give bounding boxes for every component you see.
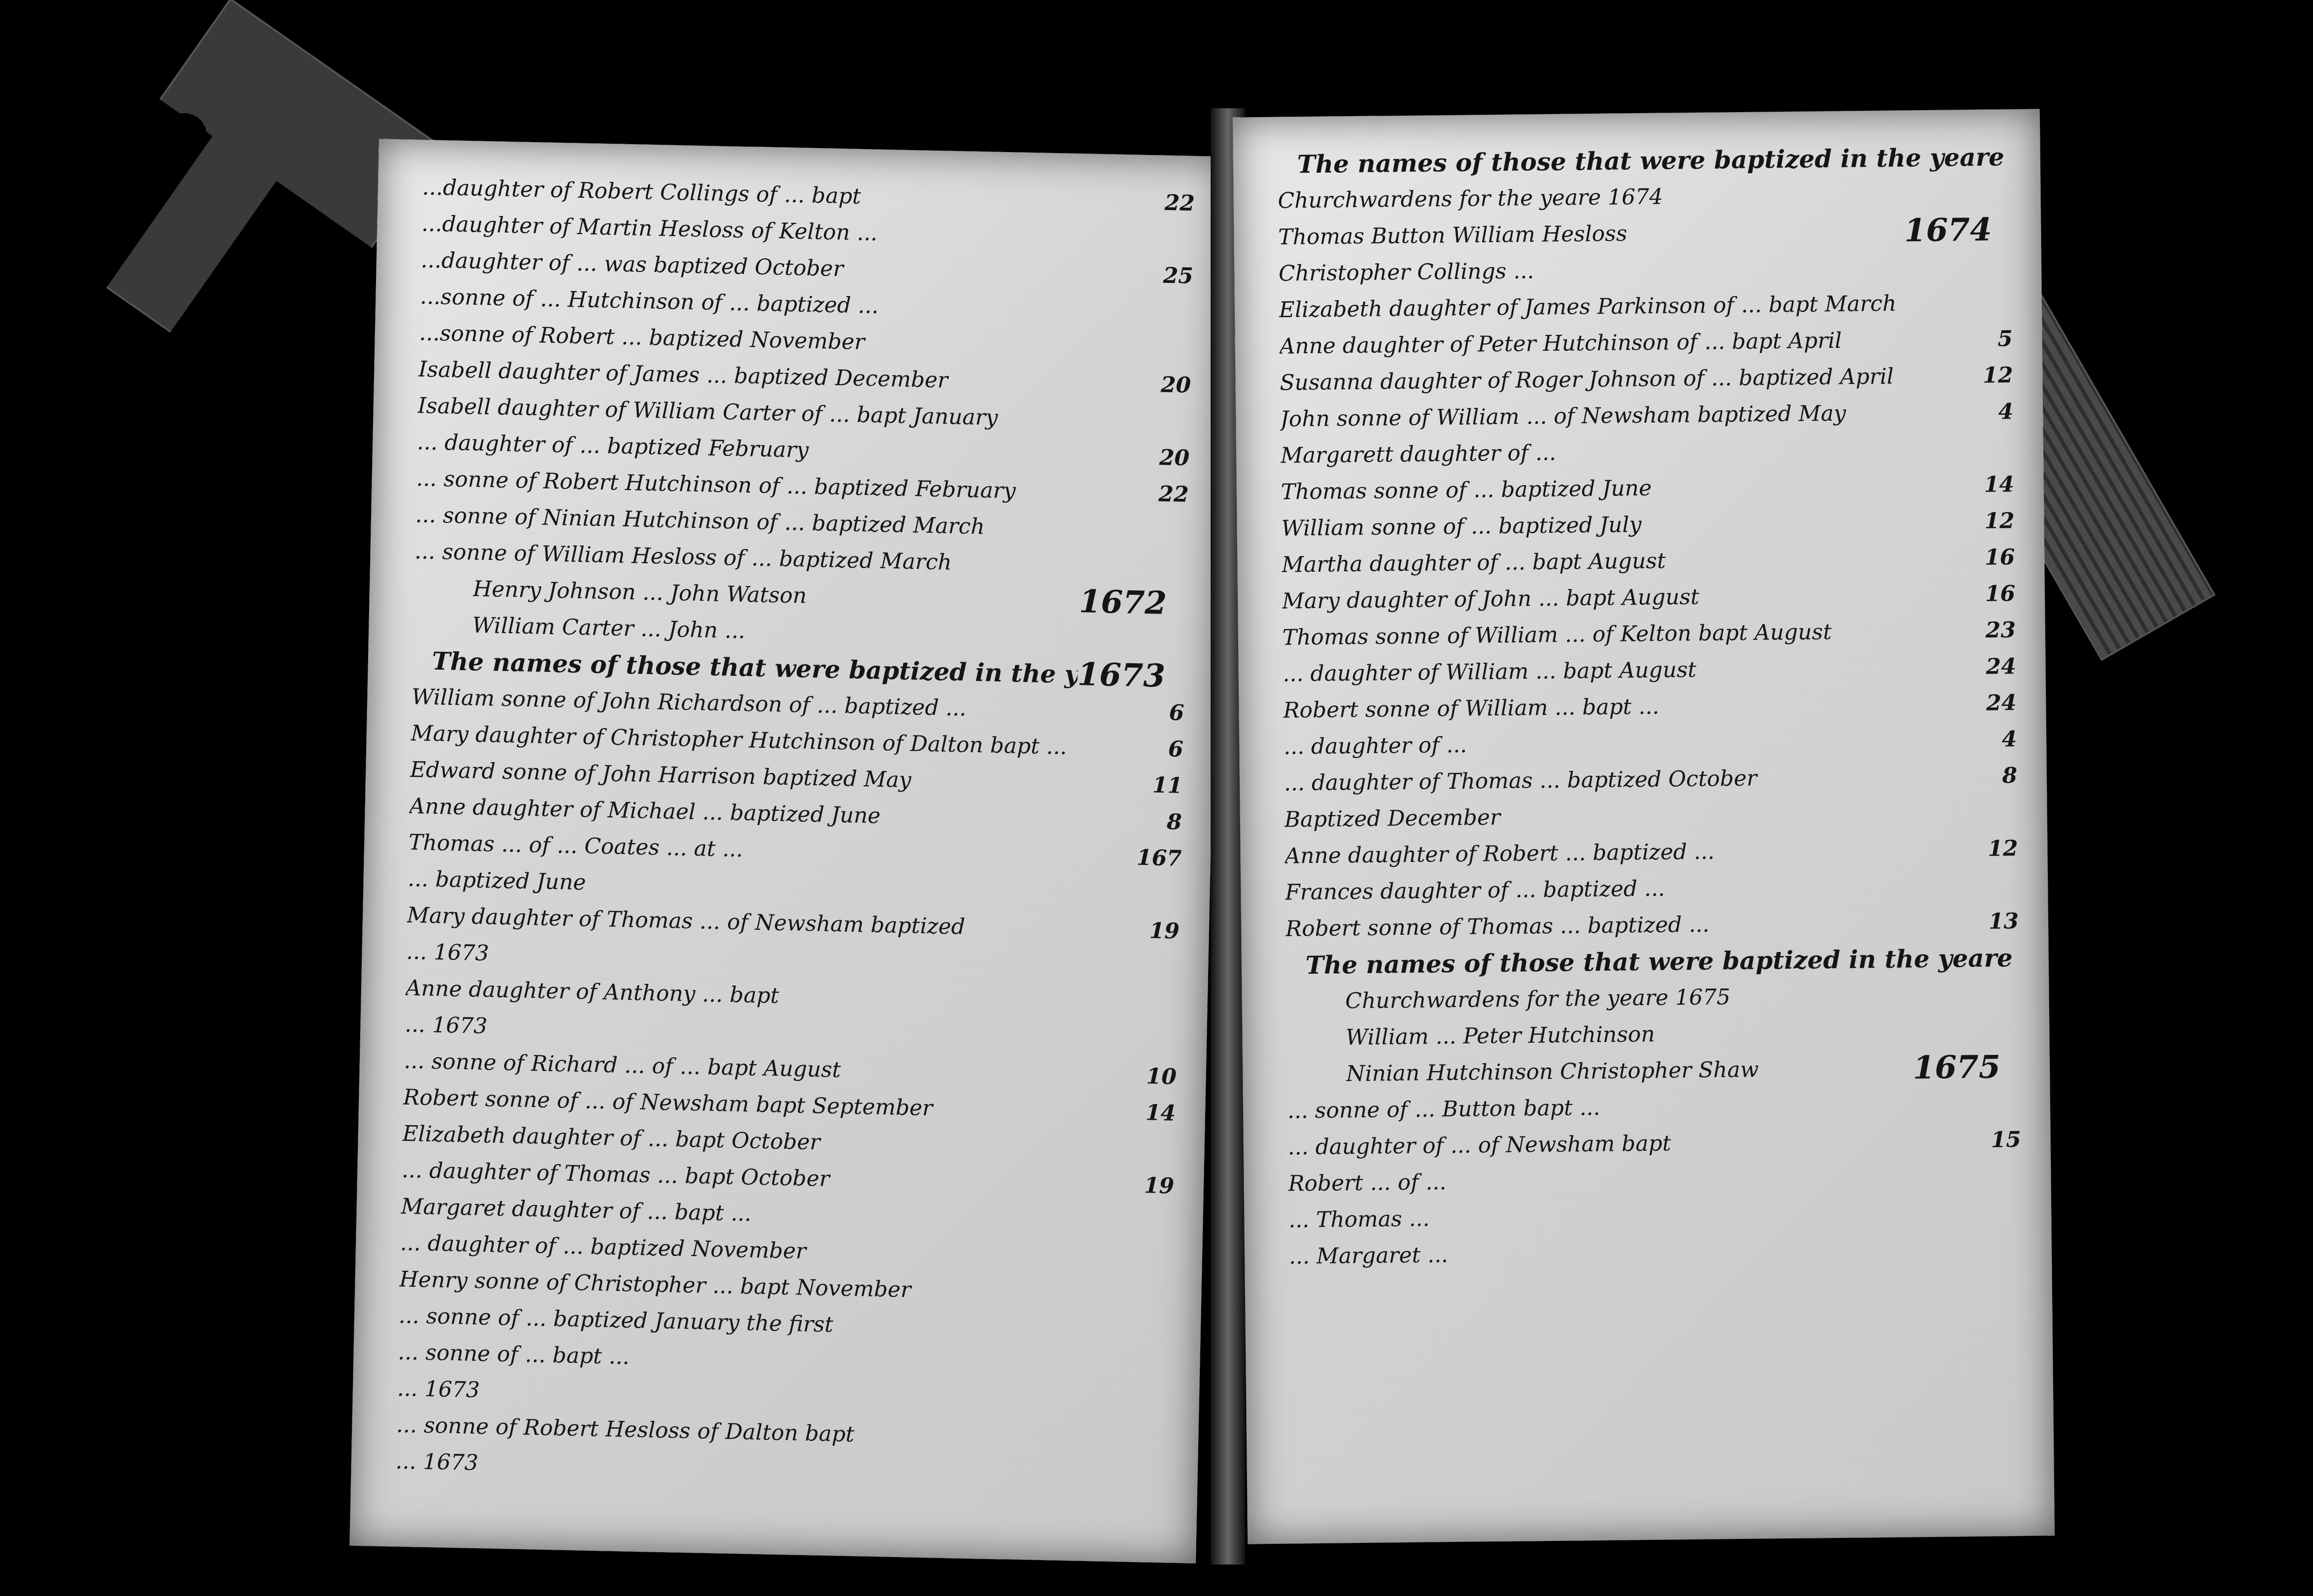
left-page-entries: ...daughter of Robert Collings of ... ba… bbox=[394, 169, 1195, 1533]
clamp-hole bbox=[162, 113, 207, 157]
entry: ... Margaret ... bbox=[1289, 1231, 2023, 1275]
right-page-entries: The names of those that were baptized in… bbox=[1277, 139, 2025, 1514]
right-page: The names of those that were baptized in… bbox=[1233, 109, 2055, 1544]
left-page: ...daughter of Robert Collings of ... ba… bbox=[349, 139, 1225, 1563]
